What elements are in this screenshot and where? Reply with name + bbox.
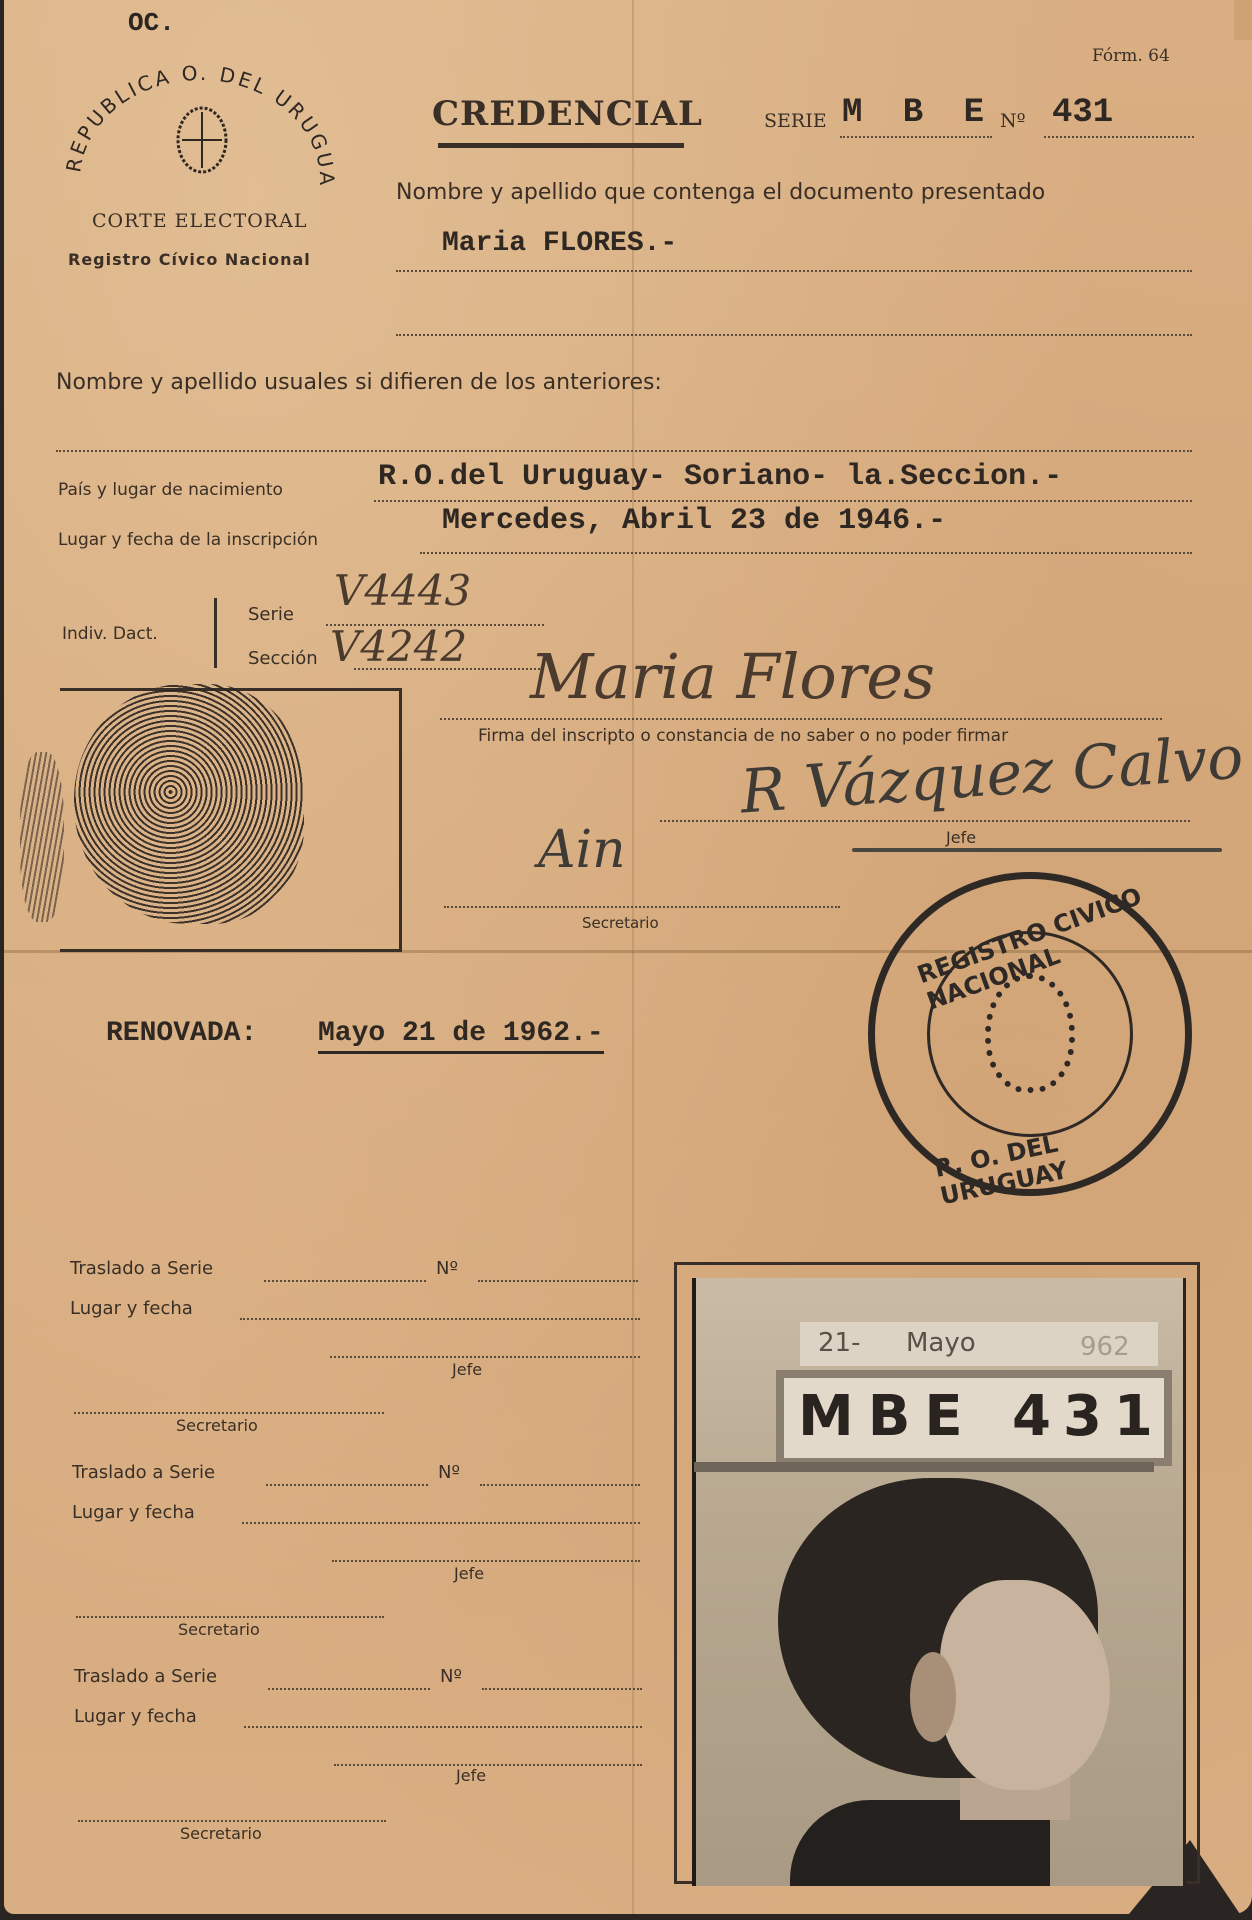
- jefe-label: Jefe: [946, 828, 976, 847]
- republic-arc-heading: REPUBLICA O. DEL URUGUAY: [60, 60, 340, 210]
- lugar-value: Mercedes, Abril 23 de 1946.-: [442, 504, 946, 538]
- photo-date-sign: 21- Mayo 962: [800, 1322, 1158, 1366]
- usuales-label: Nombre y apellido usuales si difieren de…: [56, 370, 662, 395]
- transfer-no-field: [478, 1280, 638, 1282]
- renewal-label: RENOVADA:: [106, 1018, 257, 1049]
- serie-label: SERIE: [764, 110, 827, 132]
- dact-seccion-dotted-line: [354, 668, 544, 670]
- paper-corner: [1234, 0, 1252, 40]
- photo-date-year: 962: [1080, 1332, 1130, 1362]
- photo-date-month: Mayo: [906, 1328, 976, 1358]
- transfer-lugar-label: Lugar y fecha: [74, 1706, 197, 1727]
- transfer-serie-field: [266, 1484, 428, 1486]
- transfer-serie-label: Traslado a Serie: [70, 1258, 213, 1279]
- jefe-signature-line: [660, 820, 1190, 822]
- transfer-secretario-label: Secretario: [178, 1620, 260, 1639]
- holder-signature-line: [440, 718, 1162, 720]
- coat-of-arms-icon: [178, 108, 226, 172]
- transfer-no-field: [480, 1484, 640, 1486]
- transfer-lugar-field: [242, 1522, 640, 1524]
- pais-value: R.O.del Uruguay- Soriano- la.Seccion.-: [378, 460, 1062, 494]
- transfer-jefe-label: Jefe: [456, 1766, 486, 1785]
- serie-value: M B E: [842, 94, 994, 132]
- lugar-dotted-line: [420, 552, 1192, 554]
- secretario-signature-line: [444, 906, 840, 908]
- transfer-secretario-line: [76, 1616, 384, 1618]
- form-number: Fórm. 64: [1092, 46, 1170, 66]
- transfer-secretario-label: Secretario: [176, 1416, 258, 1435]
- transfer-jefe-label: Jefe: [454, 1564, 484, 1583]
- fingerprint-icon: [74, 684, 304, 924]
- fold-line-vertical: [632, 0, 634, 1914]
- jefe-signature-flourish: [852, 848, 1222, 852]
- secretario-label: Secretario: [582, 914, 659, 932]
- pais-dotted-line: [374, 500, 1192, 502]
- usuales-dotted-line: [56, 450, 1192, 452]
- holder-signature-label: Firma del inscripto o constancia de no s…: [478, 726, 1008, 746]
- transfer-no-label: Nº: [438, 1462, 460, 1483]
- nombre-value: Maria FLORES.-: [442, 228, 677, 259]
- transfer-serie-field: [268, 1688, 430, 1690]
- lugar-label: Lugar y fecha de la inscripción: [58, 530, 318, 550]
- number-value: 431: [1052, 94, 1113, 132]
- transfer-serie-label: Traslado a Serie: [74, 1666, 217, 1687]
- indiv-dact-label: Indiv. Dact.: [62, 624, 158, 644]
- portrait-ear: [910, 1652, 956, 1742]
- title-underline: [438, 143, 684, 148]
- dact-serie-label: Serie: [248, 604, 294, 625]
- transfer-jefe-label: Jefe: [452, 1360, 482, 1379]
- number-dotted-line: [1044, 136, 1194, 138]
- secretario-signature: Ain: [538, 820, 626, 880]
- svg-text:REPUBLICA O. DEL URUGUAY: REPUBLICA O. DEL URUGUAY: [60, 60, 339, 187]
- transfer-lugar-label: Lugar y fecha: [70, 1298, 193, 1319]
- nombre-label: Nombre y apellido que contenga el docume…: [396, 180, 1045, 205]
- transfer-no-field: [482, 1688, 642, 1690]
- photo-date-day: 21-: [818, 1328, 860, 1358]
- transfer-secretario-label: Secretario: [180, 1824, 262, 1843]
- partial-fingerprint-icon: [20, 752, 64, 922]
- institution-name: CORTE ELECTORAL: [92, 210, 307, 232]
- dact-serie-value: V4443: [334, 566, 471, 615]
- transfer-jefe-line: [330, 1356, 640, 1358]
- registry-stamp: REGISTRO CIVICO NACIONAL R. O. DEL URUGU…: [868, 872, 1192, 1196]
- photo-id-board: MBE 431: [776, 1370, 1172, 1466]
- holder-signature: Maria Flores: [530, 640, 935, 713]
- transfer-lugar-field: [240, 1318, 640, 1320]
- transfer-no-label: Nº: [436, 1258, 458, 1279]
- transfer-serie-field: [264, 1280, 426, 1282]
- transfer-no-label: Nº: [440, 1666, 462, 1687]
- transfer-lugar-label: Lugar y fecha: [72, 1502, 195, 1523]
- dact-seccion-value: V4242: [330, 622, 467, 671]
- serie-dotted-line: [840, 136, 992, 138]
- document-title: CREDENCIAL: [432, 94, 703, 134]
- number-label: Nº: [1000, 110, 1026, 132]
- transfer-lugar-field: [244, 1726, 642, 1728]
- photo-board-rail: [694, 1462, 1154, 1472]
- nombre-dotted-line: [396, 270, 1192, 272]
- pais-label: País y lugar de nacimiento: [58, 480, 283, 500]
- transfer-secretario-line: [74, 1412, 384, 1414]
- renewal-date: Mayo 21 de 1962.-: [318, 1018, 604, 1054]
- brace-icon: [214, 598, 218, 668]
- transfer-jefe-line: [334, 1764, 642, 1766]
- photo-board-number: 431: [1012, 1384, 1165, 1449]
- department-name: Registro Cívico Nacional: [68, 250, 311, 269]
- oc-mark: OC.: [128, 8, 175, 38]
- transfer-jefe-line: [332, 1560, 640, 1562]
- photo-board-serie: MBE: [798, 1384, 977, 1449]
- transfer-secretario-line: [78, 1820, 386, 1822]
- nombre-dotted-line-2: [396, 334, 1192, 336]
- dact-seccion-label: Sección: [248, 648, 318, 669]
- transfer-serie-label: Traslado a Serie: [72, 1462, 215, 1483]
